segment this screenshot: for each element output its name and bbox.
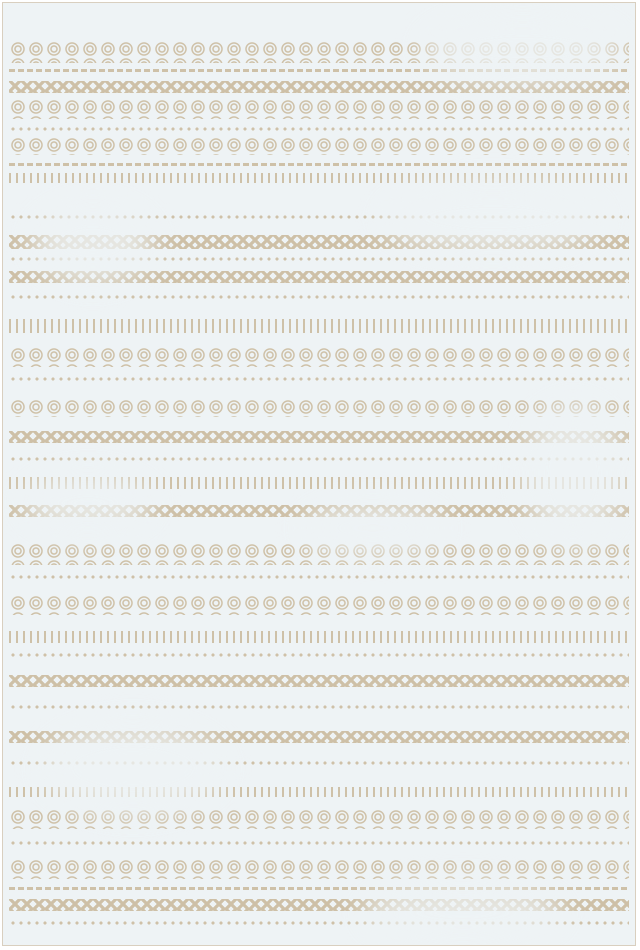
pattern-band-line — [9, 163, 629, 166]
distressed-wash — [523, 403, 623, 543]
distressed-wash — [303, 503, 443, 553]
pattern-band-spiral — [9, 99, 629, 119]
pattern-band-dots — [9, 839, 629, 849]
pattern-band-spiral — [9, 137, 629, 155]
pattern-band-dots — [9, 651, 629, 661]
distressed-wash — [33, 203, 153, 283]
distressed-wash — [383, 183, 603, 253]
pattern-band-dots — [9, 375, 629, 385]
rug — [2, 2, 636, 946]
pattern-band-spiral — [9, 809, 629, 829]
pattern-band-spiral — [9, 859, 629, 879]
pattern-band-spiral — [9, 399, 629, 417]
pattern-band-spiral — [9, 347, 629, 367]
pattern-band-spiral — [9, 543, 629, 565]
distressed-wash — [23, 473, 153, 533]
pattern-band-dots — [9, 293, 629, 303]
pattern-band-zig — [9, 675, 629, 687]
pattern-band-zig — [9, 81, 629, 93]
pattern-band-line — [9, 887, 629, 890]
pattern-band-tick — [9, 173, 629, 183]
pattern-band-tick — [9, 631, 629, 643]
pattern-band-dots — [9, 703, 629, 713]
pattern-band-tick — [9, 319, 629, 333]
pattern-band-dots — [9, 125, 629, 135]
pattern-band-dots — [9, 573, 629, 583]
distressed-wash — [43, 723, 223, 813]
pattern-band-spiral — [9, 595, 629, 615]
distressed-wash — [423, 13, 623, 83]
distressed-wash — [363, 883, 563, 943]
